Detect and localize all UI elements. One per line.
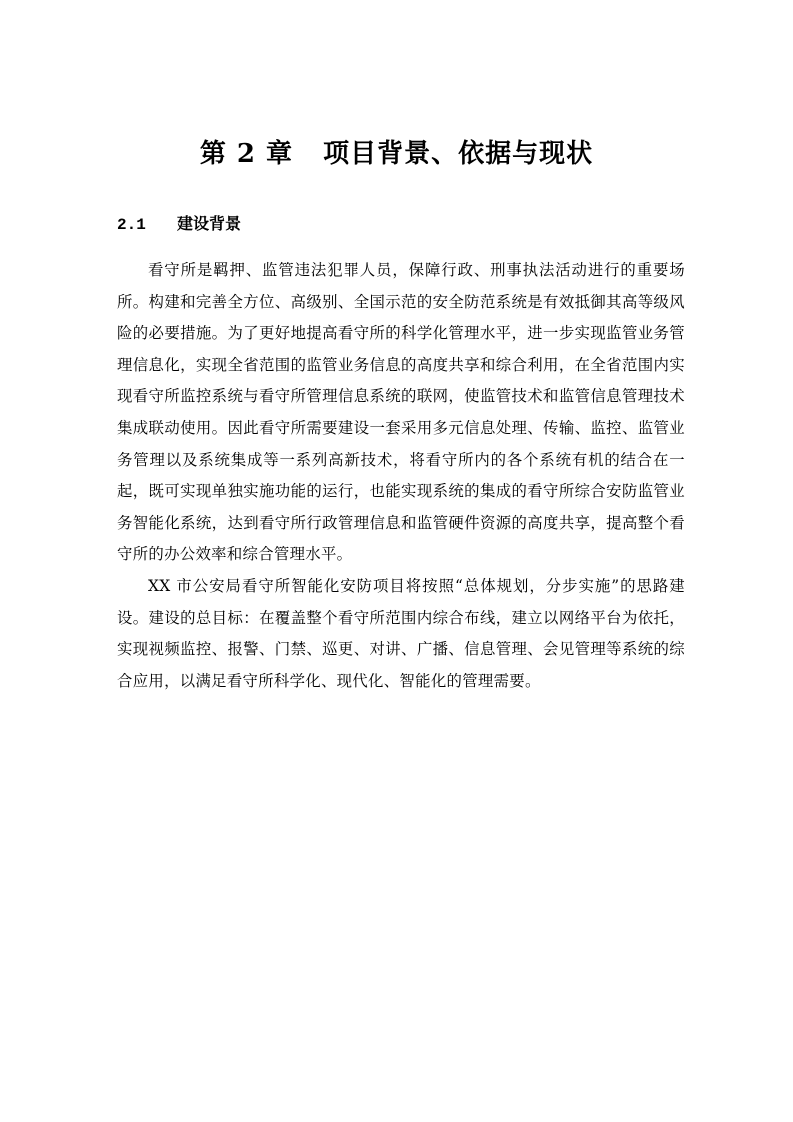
section-heading: 2.1建设背景: [117, 212, 241, 237]
paragraph-goal: XX 市公安局看守所智能化安防项目将按照“总体规划，分步实施”的思路建设。建设的…: [117, 571, 685, 697]
paragraph-background: 看守所是羁押、监管违法犯罪人员，保障行政、刑事执法活动进行的重要场所。构建和完善…: [117, 255, 685, 571]
section-number: 2.1: [117, 213, 177, 237]
chapter-title: 第 2 章 项目背景、依据与现状: [0, 136, 793, 172]
section-title: 建设背景: [177, 214, 241, 233]
document-page: 第 2 章 项目背景、依据与现状 2.1建设背景 看守所是羁押、监管违法犯罪人员…: [0, 0, 793, 1122]
